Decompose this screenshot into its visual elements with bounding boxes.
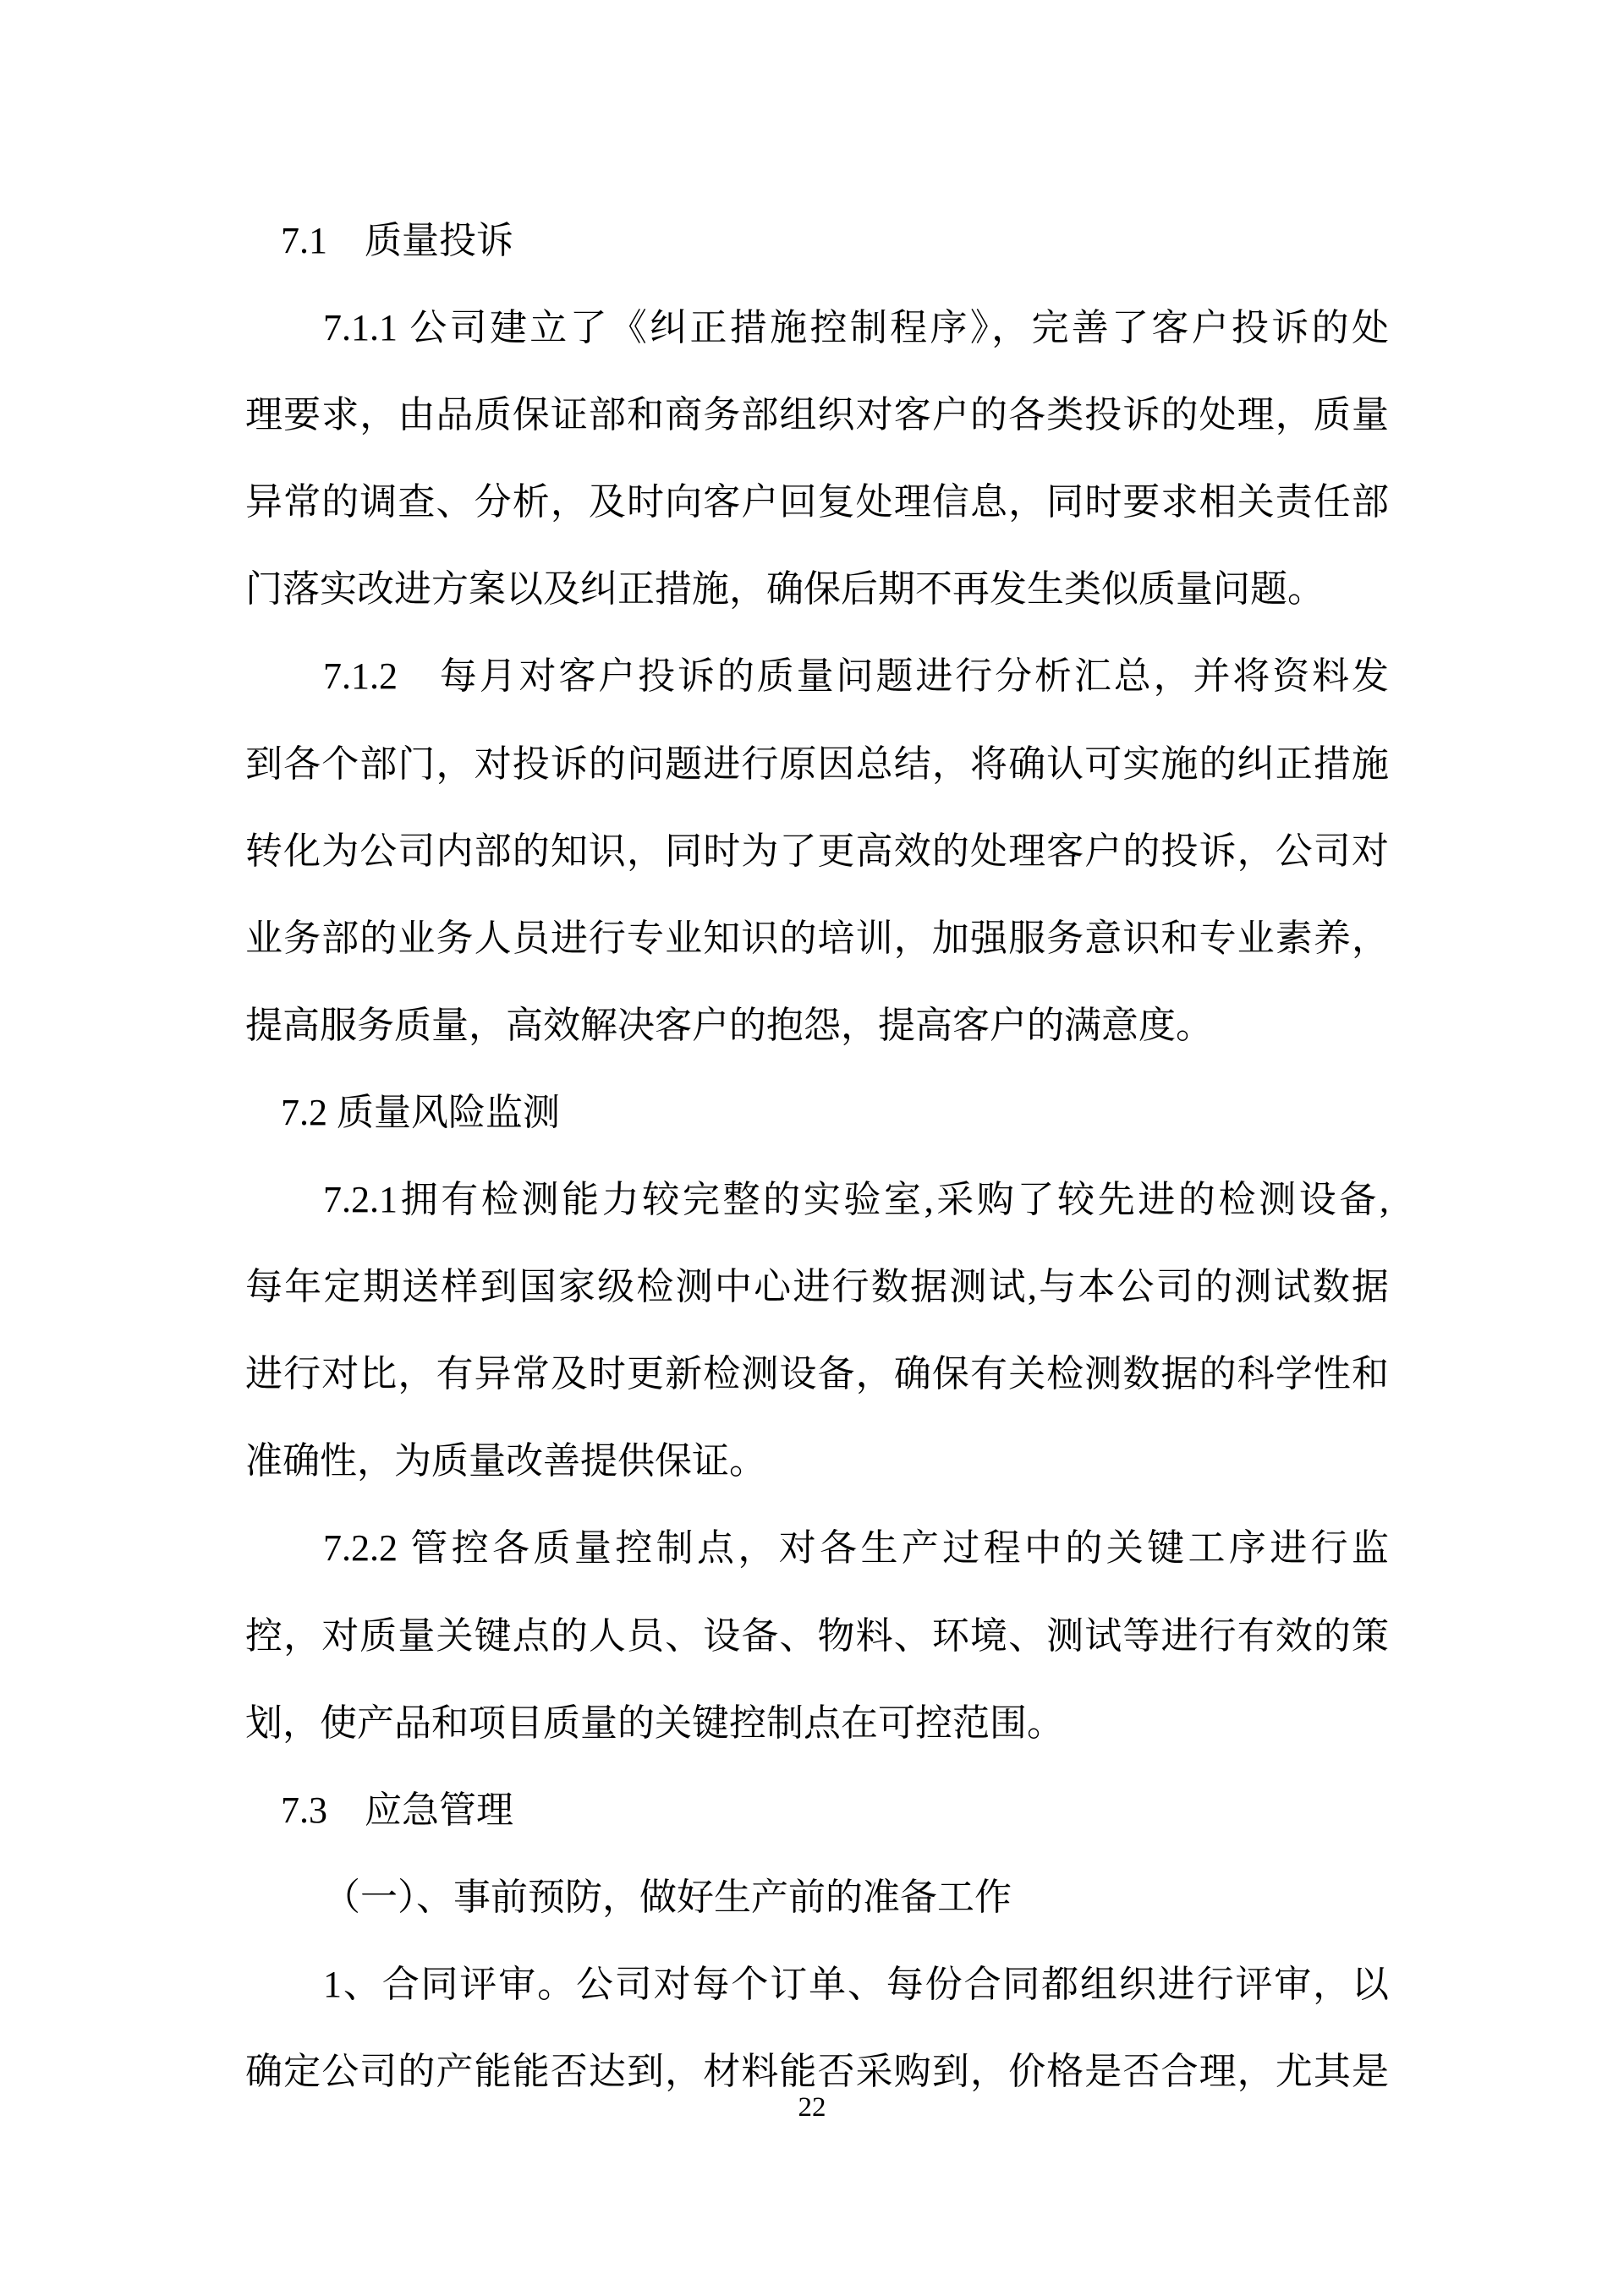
list-item-prevention: （一）、事前预防，做好生产前的准备工作 [245, 1854, 1389, 1941]
section-heading-7-3: 7.3 应急管理 [245, 1767, 1389, 1854]
text-line: 理要求，由品质保证部和商务部组织对客户的各类投诉的处理，质量 [245, 371, 1389, 458]
text-line: 7.1.2 每月对客户投诉的质量问题进行分析汇总，并将资料发 [245, 633, 1389, 720]
text-line: 划，使产品和项目质量的关键控制点在可控范围。 [245, 1680, 1389, 1767]
document-body: 7.1 质量投诉7.1.1 公司建立了《纠正措施控制程序》，完善了客户投诉的处理… [245, 197, 1389, 2115]
paragraph-7-1-2: 7.1.2 每月对客户投诉的质量问题进行分析汇总，并将资料发到各个部门，对投诉的… [245, 633, 1389, 1068]
text-line: 到各个部门，对投诉的问题进行原因总结，将确认可实施的纠正措施 [245, 721, 1389, 808]
text-line: 1、合同评审。公司对每个订单、每份合同都组织进行评审，以 [245, 1941, 1389, 2028]
paragraph-7-1-1: 7.1.1 公司建立了《纠正措施控制程序》，完善了客户投诉的处理要求，由品质保证… [245, 284, 1389, 633]
text-line: 提高服务质量，高效解决客户的抱怨，提高客户的满意度。 [245, 982, 1389, 1069]
text-line: 业务部的业务人员进行专业知识的培训，加强服务意识和专业素养， [245, 895, 1389, 982]
text-line: 7.3 应急管理 [245, 1767, 1389, 1854]
section-heading-7-2: 7.2 质量风险监测 [245, 1069, 1389, 1156]
text-line: 进行对比，有异常及时更新检测设备，确保有关检测数据的科学性和 [245, 1330, 1389, 1417]
text-line: （一）、事前预防，做好生产前的准备工作 [245, 1854, 1389, 1941]
text-line: 7.2.1拥有检测能力较完整的实验室,采购了较先进的检测设备, [245, 1156, 1389, 1243]
paragraph-7-2-1: 7.2.1拥有检测能力较完整的实验室,采购了较先进的检测设备,每年定期送样到国家… [245, 1156, 1389, 1504]
paragraph-contract-review: 1、合同评审。公司对每个订单、每份合同都组织进行评审，以确定公司的产能能否达到，… [245, 1941, 1389, 2115]
text-line: 门落实改进方案以及纠正措施，确保后期不再发生类似质量问题。 [245, 545, 1389, 633]
text-line: 7.1.1 公司建立了《纠正措施控制程序》，完善了客户投诉的处 [245, 284, 1389, 371]
text-line: 转化为公司内部的知识，同时为了更高效的处理客户的投诉，公司对 [245, 808, 1389, 895]
text-line: 准确性，为质量改善提供保证。 [245, 1417, 1389, 1504]
page-number: 22 [0, 2092, 1624, 2123]
text-line: 7.2.2 管控各质量控制点，对各生产过程中的关键工序进行监 [245, 1504, 1389, 1592]
document-page: 7.1 质量投诉7.1.1 公司建立了《纠正措施控制程序》，完善了客户投诉的处理… [0, 0, 1624, 2296]
text-line: 异常的调查、分析，及时向客户回复处理信息，同时要求相关责任部 [245, 458, 1389, 545]
text-line: 7.2 质量风险监测 [245, 1069, 1389, 1156]
text-line: 控，对质量关键点的人员、设备、物料、环境、测试等进行有效的策 [245, 1592, 1389, 1680]
section-heading-7-1: 7.1 质量投诉 [245, 197, 1389, 284]
text-line: 7.1 质量投诉 [245, 197, 1389, 284]
text-line: 每年定期送样到国家级检测中心进行数据测试,与本公司的测试数据 [245, 1243, 1389, 1330]
paragraph-7-2-2: 7.2.2 管控各质量控制点，对各生产过程中的关键工序进行监控，对质量关键点的人… [245, 1504, 1389, 1766]
